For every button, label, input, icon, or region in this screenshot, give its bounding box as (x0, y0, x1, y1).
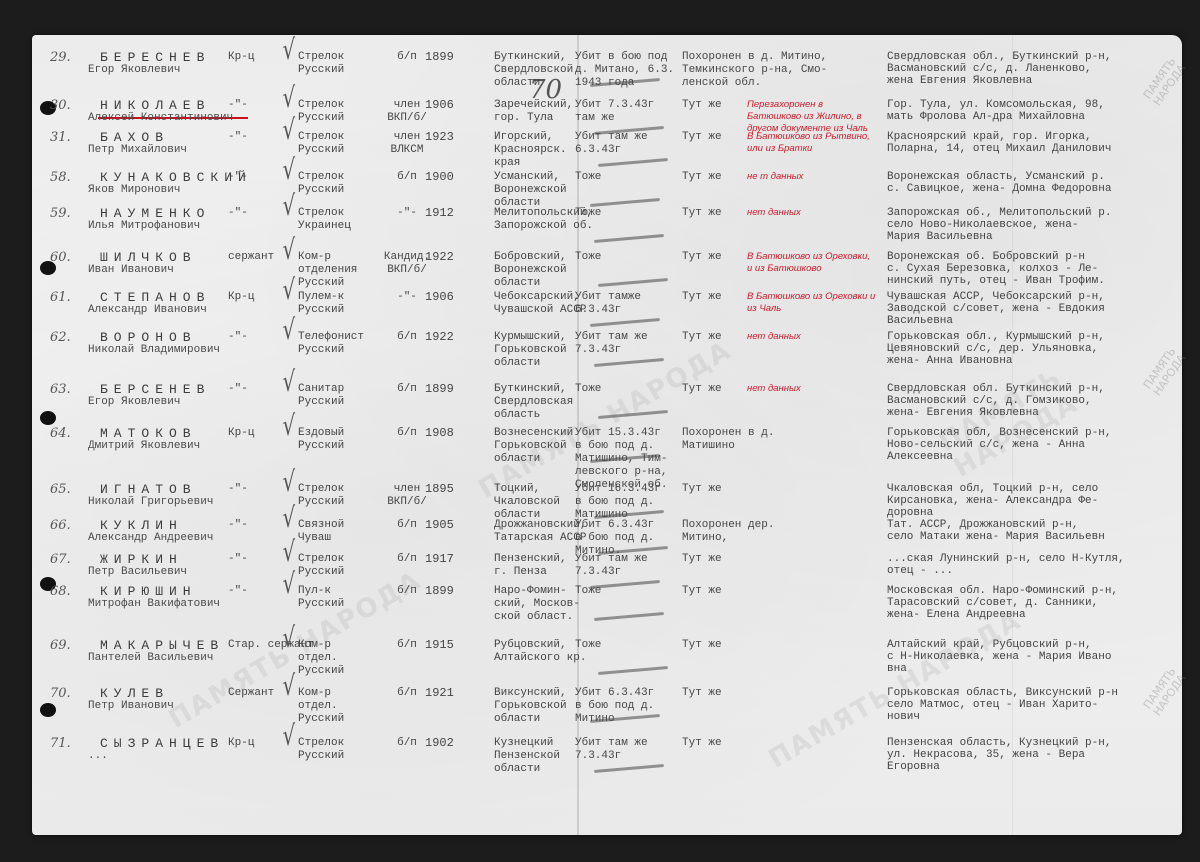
record-fate: Убит там же 7.3.43г (575, 737, 648, 763)
pencil-stroke (598, 278, 668, 287)
record-year: 1922 (425, 251, 454, 264)
record-fate: Убит тамже 6.3.43г (575, 291, 641, 317)
record-origin: Кузнецкий Пензенской области (494, 737, 560, 776)
record-origin: Чебоксарский, Чувашской АССР (494, 291, 586, 317)
record-surname: КУЛЕВ (100, 687, 169, 700)
record-kin: Чувашская АССР, Чебоксарский р-н, Заводс… (887, 291, 1105, 327)
record-note: В Батюшково из Рытвино, или из Братки (747, 131, 877, 155)
record-surname: СЫЗРАНЦЕВ (100, 737, 224, 750)
record-origin: Пензенский, г. Пенза (494, 553, 567, 579)
record-num: 61. (50, 291, 71, 304)
record-fate: Тоже (575, 585, 601, 598)
record-year: 1899 (425, 51, 454, 64)
record-rank: -"- (228, 483, 248, 496)
check-mark-icon: √ (283, 475, 295, 488)
record-num: 70. (50, 687, 71, 700)
record-given: Петр Васильевич (88, 566, 187, 579)
record-kin: Алтайский край, Рубцовский р-н, с Н-Нико… (887, 639, 1111, 675)
record-surname: ШИЛЧКОВ (100, 251, 197, 264)
record-burial: Тут же (682, 131, 722, 144)
record-surname: КУКЛИН (100, 519, 183, 532)
record-kin: Московская обл. Наро-Фоминский р-н, Тара… (887, 585, 1118, 621)
record-num: 71. (50, 737, 71, 750)
record-post: Ком-р отдел. Русский (298, 639, 344, 678)
record-num: 69. (50, 639, 71, 652)
record-origin: Заречейский, гор. Тула (494, 99, 573, 125)
record-given: Иван Иванович (88, 264, 174, 277)
record-surname: ЖИРКИН (100, 553, 183, 566)
record-kin: Свердловская обл., Буткинский р-н, Васма… (887, 51, 1111, 87)
record-origin: Виксунский, Горьковской области (494, 687, 567, 726)
record-burial: Тут же (682, 639, 722, 652)
record-year: 1923 (425, 131, 454, 144)
record-rank: Кр-ц (228, 427, 254, 440)
record-burial: Тут же (682, 331, 722, 344)
record-kin: Горьковская область, Виксунский р-н село… (887, 687, 1118, 723)
record-post: Стрелок Русский (298, 483, 344, 509)
check-mark-icon: √ (283, 375, 295, 388)
record-num: 67. (50, 553, 71, 566)
record-post: Стрелок Русский (298, 99, 344, 125)
record-post: Стрелок Русский (298, 51, 344, 77)
record-given: Илья Митрофанович (88, 220, 200, 233)
record-given: Николай Григорьевич (88, 496, 213, 509)
record-note: нет данных (747, 331, 877, 343)
record-burial: Тут же (682, 585, 722, 598)
record-surname: БЕРСЕНЕВ (100, 383, 210, 396)
record-post: Стрелок Украинец (298, 207, 351, 233)
record-given: Егор Яковлевич (88, 64, 180, 77)
record-rank: -"- (228, 383, 248, 396)
record-rank: -"- (228, 99, 248, 112)
record-kin: Чкаловская обл, Тоцкий р-н, село Кирсано… (887, 483, 1098, 519)
record-surname: БЕРЕСНЕВ (100, 51, 210, 64)
record-num: 68. (50, 585, 71, 598)
record-given: Петр Иванович (88, 700, 174, 713)
record-fate: Убит там же 7.3.43г (575, 331, 648, 357)
document-page: ПАМЯТЬ НАРОДА ПАМЯТЬ НАРОДА ПАМЯТЬ НАРОД… (32, 35, 1182, 835)
record-kin: Тат. АССР, Дрожжановский р-н, село Матак… (887, 519, 1105, 543)
record-burial: Тут же (682, 251, 722, 264)
check-mark-icon: √ (283, 283, 295, 296)
record-post: Ком-р отделения Русский (298, 251, 357, 290)
pencil-stroke (594, 612, 664, 621)
record-kin: Горьковская обл., Курмышский р-н, Цевяно… (887, 331, 1105, 367)
record-post: Стрелок Русский (298, 737, 344, 763)
record-year: 1917 (425, 553, 454, 566)
record-num: 62. (50, 331, 71, 344)
record-rank: Кр-ц (228, 737, 254, 750)
record-burial: Тут же (682, 553, 722, 566)
record-surname: МАТОКОВ (100, 427, 197, 440)
record-given: Пантелей Васильевич (88, 652, 213, 665)
record-kin: ...ская Лунинский р-н, село Н-Кутля, оте… (887, 553, 1125, 577)
record-num: 31. (50, 131, 71, 144)
record-rank: -"- (228, 553, 248, 566)
check-mark-icon: √ (283, 577, 295, 590)
record-year: 1912 (425, 207, 454, 220)
record-fate: Тоже (575, 171, 601, 184)
punch-hole (40, 703, 56, 717)
record-rank: Кр-ц (228, 51, 254, 64)
check-mark-icon: √ (283, 511, 295, 524)
record-num: 58. (50, 171, 71, 184)
record-given: ... (88, 750, 108, 763)
record-post: Санитар Русский (298, 383, 344, 409)
record-burial: Похоронен дер. Митино, (682, 519, 774, 545)
record-kin: Красноярский край, гор. Игорка, Поларна,… (887, 131, 1111, 155)
record-post: Стрелок Русский (298, 553, 344, 579)
record-burial: Тут же (682, 483, 722, 496)
record-rank: -"- (228, 331, 248, 344)
record-fate: Тоже (575, 639, 601, 652)
record-given: Петр Михайлович (88, 144, 187, 157)
pencil-stroke (598, 158, 668, 167)
record-surname: СТЕПАНОВ (100, 291, 210, 304)
record-year: 1899 (425, 585, 454, 598)
check-mark-icon: √ (283, 163, 295, 176)
record-origin: Буткинский, Свердловской области (494, 51, 573, 90)
record-note: нет данных (747, 383, 877, 395)
record-fate: Тоже (575, 251, 601, 264)
record-fate: Тоже (575, 207, 601, 220)
record-given: Егор Яковлевич (88, 396, 180, 409)
check-mark-icon: √ (283, 123, 295, 136)
record-burial: Тут же (682, 687, 722, 700)
record-kin: Запорожская об., Мелитопольский р. село … (887, 207, 1111, 243)
check-mark-icon: √ (283, 91, 295, 104)
record-note: В Батюшково из Ореховки и из Чаль (747, 291, 877, 315)
record-year: 1899 (425, 383, 454, 396)
record-year: 1906 (425, 291, 454, 304)
record-rank: -"- (228, 207, 248, 220)
record-rank: -"- (228, 585, 248, 598)
record-surname: НАУМЕНКО (100, 207, 210, 220)
record-kin: Горьковская обл, Вознесенский р-н, Ново-… (887, 427, 1111, 463)
record-num: 30. (50, 99, 71, 112)
record-year: 1906 (425, 99, 454, 112)
record-origin: Буткинский, Свердловская область (494, 383, 573, 422)
pencil-stroke (590, 318, 660, 327)
record-post: Стрелок Русский (298, 171, 344, 197)
record-post: Телефонист Русский (298, 331, 364, 357)
record-surname: МАКАРЫЧЕВ (100, 639, 224, 652)
record-kin: Свердловская обл. Буткинский р-н, Васман… (887, 383, 1105, 419)
pencil-stroke (594, 358, 664, 367)
record-year: 1921 (425, 687, 454, 700)
record-note: не т данных (747, 171, 877, 183)
check-mark-icon: √ (283, 729, 295, 742)
check-mark-icon: √ (283, 631, 295, 644)
check-mark-icon: √ (283, 199, 295, 212)
record-kin: Гор. Тула, ул. Комсомольская, 98, мать Ф… (887, 99, 1105, 123)
record-burial: Тут же (682, 99, 722, 112)
record-note: нет данных (747, 207, 877, 219)
record-year: 1895 (425, 483, 454, 496)
punch-hole (40, 411, 56, 425)
record-surname: ИГНАТОВ (100, 483, 197, 496)
record-year: 1902 (425, 737, 454, 750)
record-burial: Тут же (682, 383, 722, 396)
record-year: 1900 (425, 171, 454, 184)
check-mark-icon: √ (283, 545, 295, 558)
record-surname: ВОРОНОВ (100, 331, 197, 344)
record-kin: Воронежская об. Бобровский р-н с. Сухая … (887, 251, 1105, 287)
record-rank: -"- (228, 171, 248, 184)
record-year: 1922 (425, 331, 454, 344)
record-rank: Кр-ц (228, 291, 254, 304)
record-burial: Похоронен в д. Матишино (682, 427, 774, 453)
record-note: В Батюшково из Ореховки, и из Батюшково (747, 251, 877, 275)
check-mark-icon: √ (283, 323, 295, 336)
record-num: 60. (50, 251, 71, 264)
record-num: 59. (50, 207, 71, 220)
record-kin: Пензенская область, Кузнецкий р-н, ул. Н… (887, 737, 1111, 773)
record-post: Пулем-к Русский (298, 291, 344, 317)
record-origin: Рубцовский, Алтайского кр. (494, 639, 586, 665)
record-origin: Курмышский, Горьковской области (494, 331, 567, 370)
record-year: 1905 (425, 519, 454, 532)
record-given: Яков Миронович (88, 184, 180, 197)
record-year: 1915 (425, 639, 454, 652)
record-kin: Воронежская область, Усманский р. с. Сав… (887, 171, 1111, 195)
record-num: 64. (50, 427, 71, 440)
record-num: 65. (50, 483, 71, 496)
record-post: Связной Чуваш (298, 519, 344, 545)
record-given: Александр Андреевич (88, 532, 213, 545)
record-rank: Сержант (228, 687, 274, 700)
record-given: Митрофан Вакифатович (88, 598, 220, 611)
record-rank: -"- (228, 519, 248, 532)
pencil-stroke (594, 234, 664, 243)
record-surname: НИКОЛАЕВ (100, 99, 210, 112)
record-num: 66. (50, 519, 71, 532)
record-origin: Бобровский, Воронежской области (494, 251, 567, 290)
record-num: 29. (50, 51, 71, 64)
record-origin: Тоцкий, Чкаловской области (494, 483, 560, 522)
record-given: Николай Владимирович (88, 344, 220, 357)
record-origin: Дрожжановский, Татарская АССР (494, 519, 586, 545)
record-rank: -"- (228, 131, 248, 144)
record-post: Ездовый Русский (298, 427, 344, 453)
record-post: Ком-р отдел. Русский (298, 687, 344, 726)
record-num: 63. (50, 383, 71, 396)
record-fate: Тоже (575, 383, 601, 396)
record-post: Стрелок Русский (298, 131, 344, 157)
record-burial: Тут же (682, 207, 722, 220)
record-origin: Наро-Фомин- ский, Москов- ской област. (494, 585, 580, 624)
check-mark-icon: √ (283, 679, 295, 692)
record-burial: Тут же (682, 171, 722, 184)
record-origin: Игорский, Красноярск. края (494, 131, 567, 170)
record-surname: КИРЮШИН (100, 585, 197, 598)
record-burial: Тут же (682, 737, 722, 750)
record-fate: Убит там же 6.3.43г (575, 131, 648, 157)
pencil-stroke (598, 666, 668, 675)
check-mark-icon: √ (283, 43, 295, 56)
pencil-stroke (594, 764, 664, 773)
record-origin: Усманский, Воронежской области (494, 171, 567, 210)
record-fate: Убит там же 7.3.43г (575, 553, 648, 579)
record-rank: сержант (228, 251, 274, 264)
record-post: Пул-к Русский (298, 585, 344, 611)
record-given: Дмитрий Яковлевич (88, 440, 200, 453)
record-given: Алексей Константинович (88, 112, 233, 125)
record-origin: Вознесенский Горьковской области (494, 427, 573, 466)
record-note: Перезахоронен в Батюшково из Жилино, в д… (747, 99, 877, 135)
record-burial: Тут же (682, 291, 722, 304)
record-surname: БАХОВ (100, 131, 169, 144)
check-mark-icon: √ (283, 243, 295, 256)
check-mark-icon: √ (283, 419, 295, 432)
pencil-stroke (590, 198, 660, 207)
record-burial: Похоронен в д. Митино, Темкинского р-на,… (682, 51, 827, 90)
record-given: Александр Иванович (88, 304, 207, 317)
record-fate: Убит 7.3.43г там же (575, 99, 654, 125)
record-year: 1908 (425, 427, 454, 440)
